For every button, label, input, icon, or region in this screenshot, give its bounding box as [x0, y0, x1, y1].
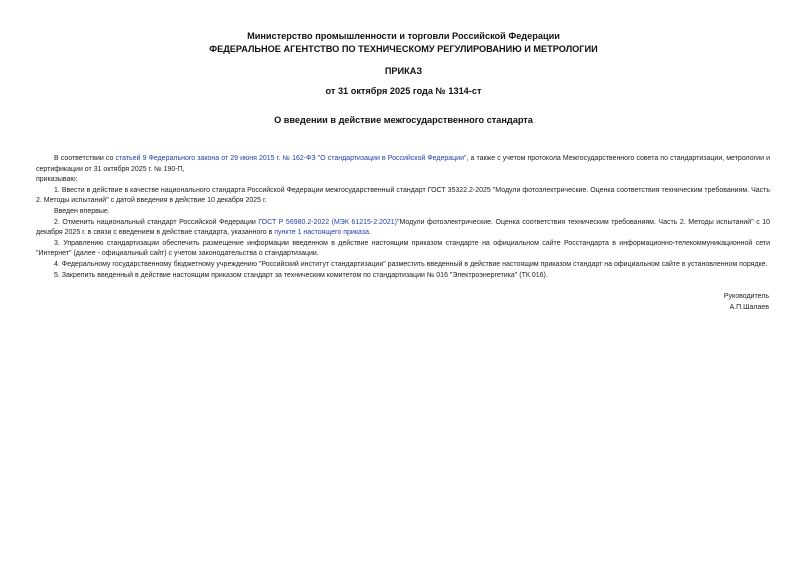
item-5: 5. Закрепить введенный в действие настоя… [36, 271, 770, 282]
item-3: 3. Управлению стандартизации обеспечить … [36, 239, 770, 260]
order-word: приказываю: [36, 175, 770, 186]
signature-block: Руководитель А.П.Шалаев [724, 292, 769, 313]
document-body: В соответствии со статьей 9 Федерального… [36, 154, 770, 281]
date-number: от 31 октября 2025 года № 1314-ст [0, 86, 807, 96]
item-2: 2. Отменить национальный стандарт Россий… [36, 218, 770, 239]
preamble-paragraph: В соответствии со статьей 9 Федерального… [36, 154, 770, 175]
document-type: ПРИКАЗ [0, 66, 807, 76]
item-2-text: 2. Отменить национальный стандарт Россий… [54, 219, 258, 226]
signer-name: А.П.Шалаев [724, 303, 769, 314]
item-2-text-end: . [369, 229, 371, 236]
item-4: 4. Федеральному государственному бюджетн… [36, 260, 770, 271]
gost-r-link[interactable]: ГОСТ Р 56980.2-2022 (МЭК 61215-2:2021) [258, 219, 397, 226]
item-1: 1. Ввести в действие в качестве национал… [36, 186, 770, 207]
document-page: Министерство промышленности и торговли Р… [0, 0, 807, 571]
agency-title: ФЕДЕРАЛЬНОЕ АГЕНТСТВО ПО ТЕХНИЧЕСКОМУ РЕ… [0, 44, 807, 54]
preamble-text: В соответствии со [54, 155, 115, 162]
law-link[interactable]: статьей 9 Федерального закона от 29 июня… [115, 155, 466, 162]
signer-position: Руководитель [724, 292, 769, 303]
document-subject: О введении в действие межгосударственног… [0, 115, 807, 125]
clause-1-link[interactable]: пункте 1 настоящего приказа [274, 229, 369, 236]
ministry-title: Министерство промышленности и торговли Р… [0, 31, 807, 41]
item-1-note: Введен впервые. [36, 207, 770, 218]
